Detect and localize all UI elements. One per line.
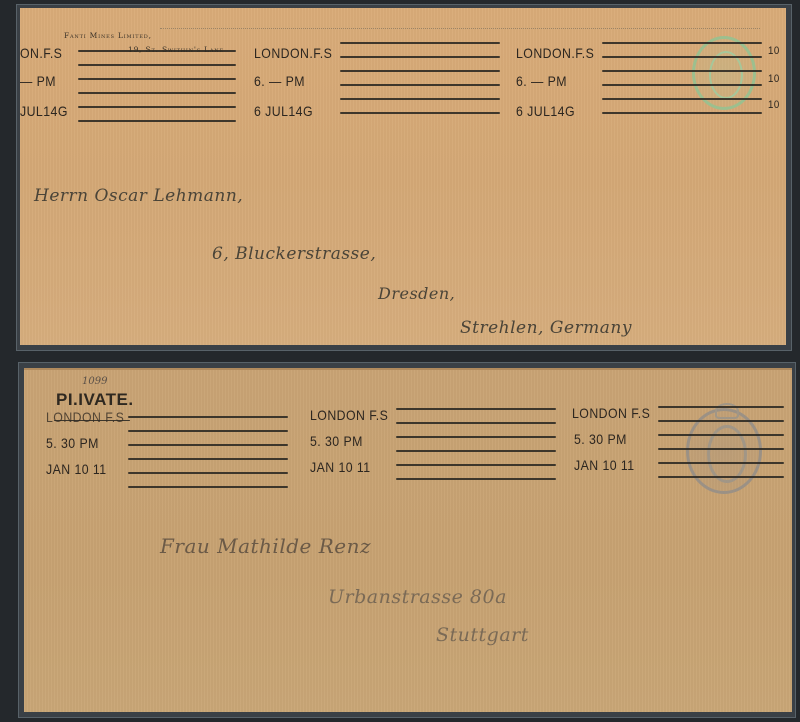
envelope-top: Fanti Mines Limited, 19, St. Swithin's L… <box>20 8 786 345</box>
cancel-line <box>602 56 762 58</box>
cancel-line <box>396 422 556 424</box>
envelope-bottom: 1099 PI.IVATE. LONDON F.S 5. 30 PM JAN 1… <box>24 368 792 712</box>
cancel-line <box>128 444 288 446</box>
address-line-3: Dresden, <box>378 284 455 303</box>
cancel-line <box>128 472 288 474</box>
cancel-line <box>602 112 762 114</box>
cancel-line <box>78 64 236 66</box>
cancel-line <box>602 42 762 44</box>
postmark-3-line1: LONDON F.S <box>572 406 650 420</box>
postmark-1-line2: 5. 30 PM <box>46 436 99 450</box>
address-line-2: 6, Bluckerstrasse, <box>212 244 376 264</box>
private-label: PI.IVATE. <box>56 390 134 410</box>
address-line-1: Frau Mathilde Renz <box>160 534 371 558</box>
address-line-1: Herrn Oscar Lehmann, <box>34 186 243 206</box>
cancel-line <box>340 56 500 58</box>
cancel-line <box>602 98 762 100</box>
cancel-line <box>602 84 762 86</box>
cancel-line <box>340 98 500 100</box>
cancel-line <box>128 486 288 488</box>
cancel-line <box>396 464 556 466</box>
postmark-2-line1: LONDON.F.S <box>254 46 332 60</box>
sender-name: Fanti Mines Limited, <box>64 31 152 40</box>
postmark-3-line3: 6 JUL14G <box>516 104 575 118</box>
cancel-line <box>78 50 236 52</box>
underline <box>54 420 130 421</box>
cancel-line <box>128 416 288 418</box>
cancel-line <box>658 476 784 478</box>
cancel-line <box>340 112 500 114</box>
postmark-2-line1: LONDON F.S <box>310 408 388 422</box>
address-line-2: Urbanstrasse 80a <box>328 586 507 608</box>
cancel-line <box>658 434 784 436</box>
cancel-line <box>78 92 236 94</box>
cancel-line <box>396 478 556 480</box>
postmark-1-line1: LONDON F.S <box>46 410 124 424</box>
address-line-3: Stuttgart <box>436 624 529 646</box>
cancel-line <box>396 450 556 452</box>
postmark-2-line3: JAN 10 11 <box>310 460 371 474</box>
cancel-line <box>78 120 236 122</box>
postmark-1-line3: JAN 10 11 <box>46 462 107 476</box>
cancel-line <box>78 106 236 108</box>
flap-fold-line <box>160 28 760 29</box>
cancel-line <box>396 408 556 410</box>
cancel-line <box>658 406 784 408</box>
cancel-line <box>340 84 500 86</box>
postmark-1-line3: JUL14G <box>20 104 68 118</box>
postmark-3-line2: 6. — PM <box>516 74 567 88</box>
address-line-4: Strehlen, Germany <box>460 318 632 338</box>
cancel-line <box>340 42 500 44</box>
postmark-1-line2: — PM <box>20 74 56 88</box>
cancel-line <box>658 448 784 450</box>
cancel-line <box>658 420 784 422</box>
postmark-1-line1: ON.F.S <box>20 46 62 60</box>
cancel-line <box>658 462 784 464</box>
edge-mark: 10 <box>768 100 780 111</box>
cancel-line <box>128 458 288 460</box>
cancel-line <box>78 78 236 80</box>
cancel-line <box>128 430 288 432</box>
postmark-3-line2: 5. 30 PM <box>574 432 627 446</box>
postmark-2-line3: 6 JUL14G <box>254 104 313 118</box>
cancel-line <box>396 436 556 438</box>
postmark-2-line2: 6. — PM <box>254 74 305 88</box>
edge-mark: 10 <box>768 46 780 57</box>
edge-mark: 10 <box>768 74 780 85</box>
cancel-line <box>340 70 500 72</box>
postmark-3-line3: JAN 10 11 <box>574 458 635 472</box>
postmark-3-line1: LONDON.F.S <box>516 46 594 60</box>
pencil-note: 1099 <box>82 376 107 387</box>
cancel-line <box>602 70 762 72</box>
postmark-2-line2: 5. 30 PM <box>310 434 363 448</box>
